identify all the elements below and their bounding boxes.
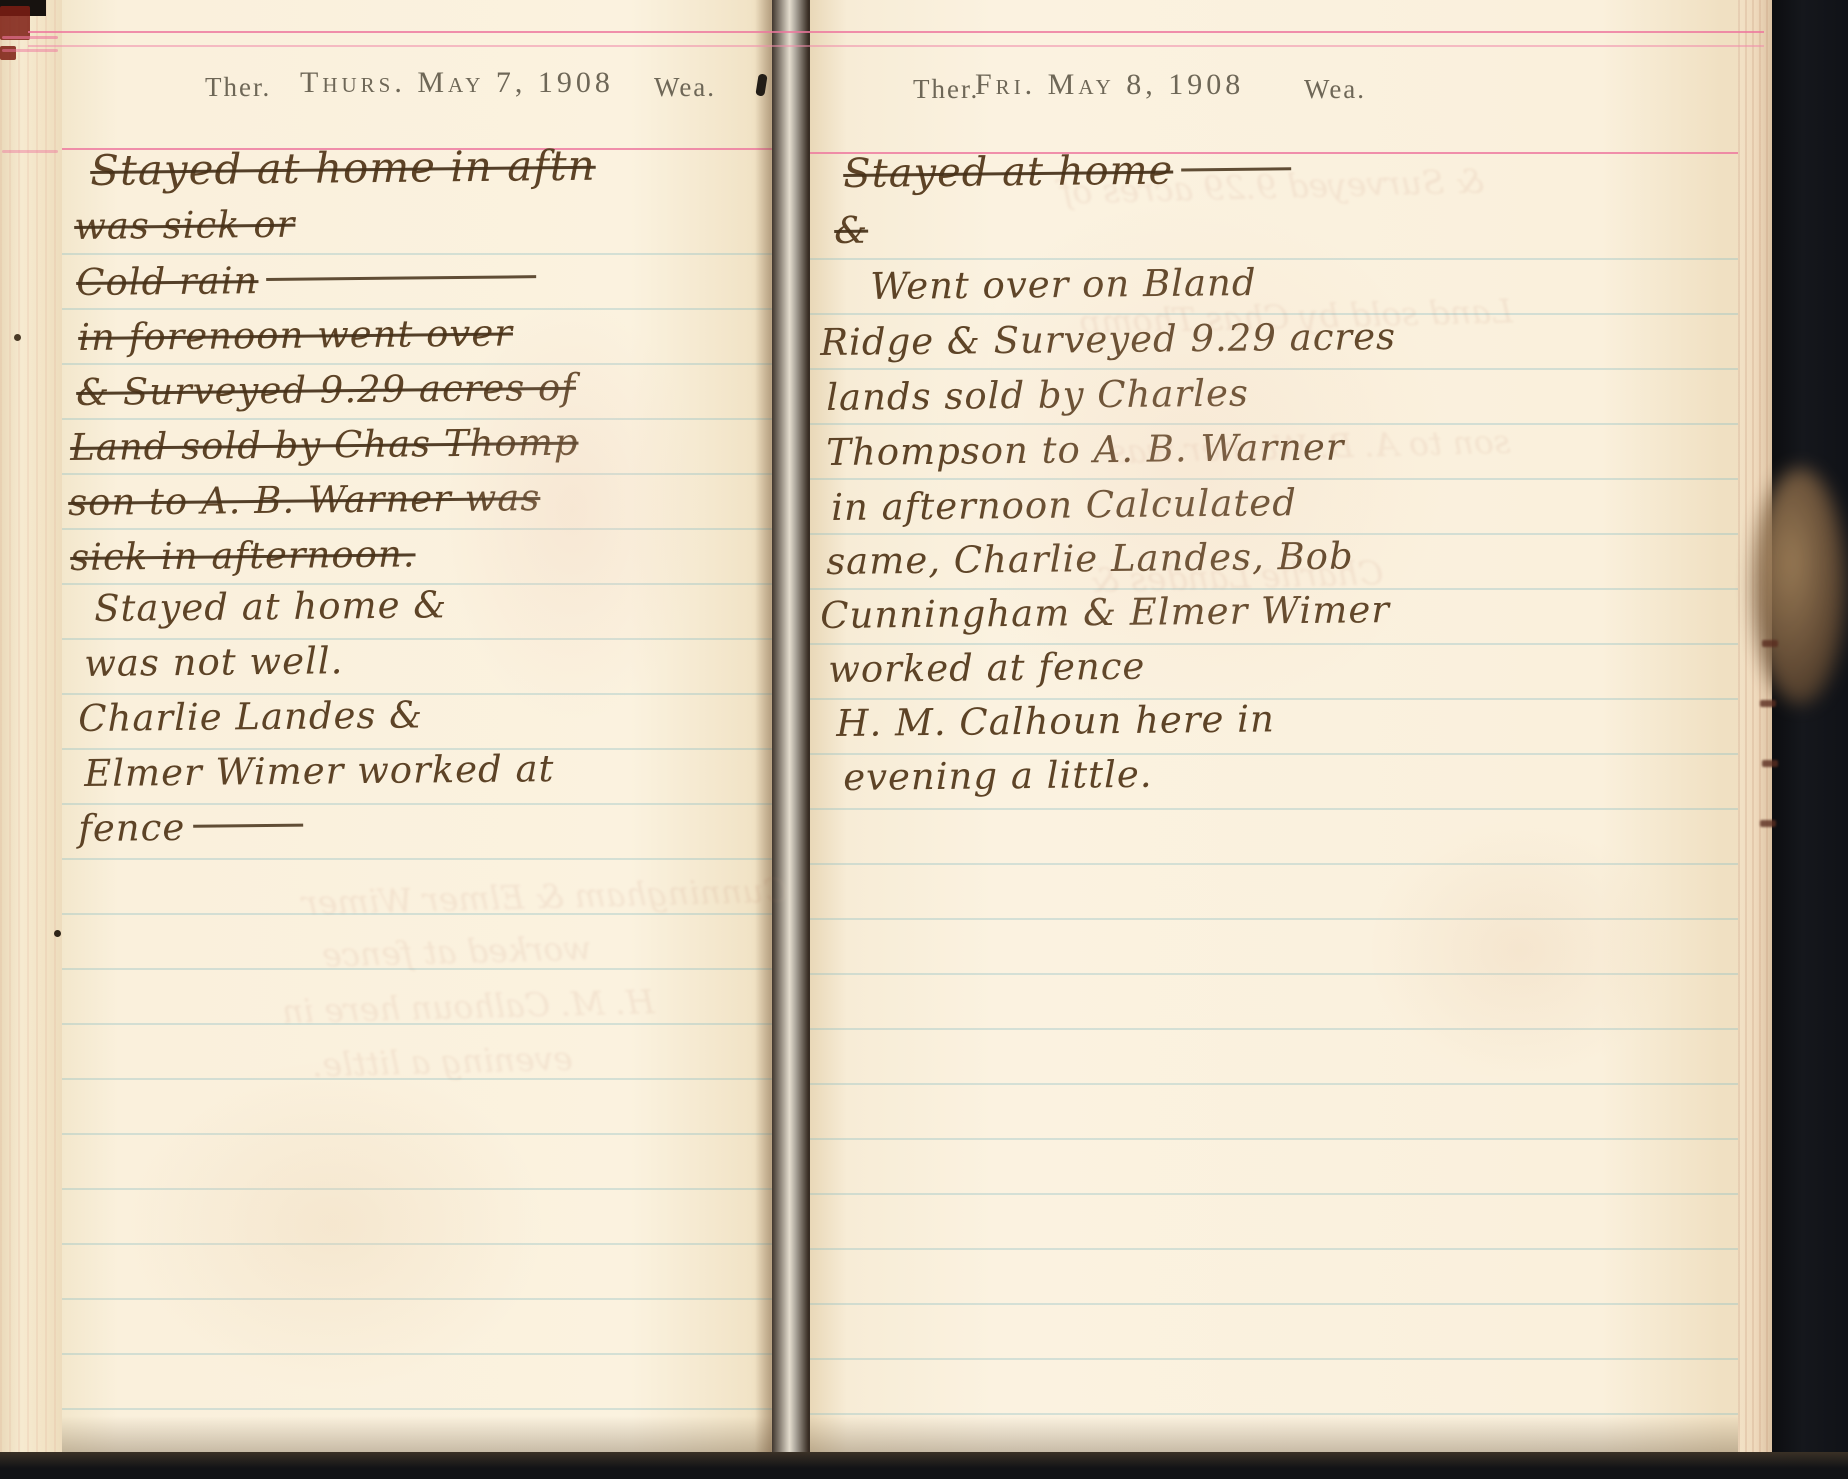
bottom-edge-shadow [0, 1452, 1848, 1479]
wea-label: Wea. [654, 72, 716, 103]
left-page-stack-edge [0, 0, 62, 1462]
bleed-through-text: Charlie Landes & [1090, 556, 1384, 597]
entry-line: sick in afternoon. [70, 535, 416, 576]
entry-line: lands sold by Charles [826, 375, 1249, 416]
ther-label: Ther. [913, 74, 979, 105]
entry-line: & Surveyed 9.29 acres of [76, 369, 576, 411]
stack-pink-mark [2, 36, 58, 39]
diary-scan-photo: Ther. Thurs. May 7, 1908 Wea. Stayed at … [0, 0, 1848, 1479]
bleed-through-text: evening a little. [312, 1042, 574, 1082]
stack-pink-mark [2, 49, 58, 52]
entry-line: Stayed at home in aftn [90, 145, 596, 192]
bleed-through-text: worked at fence [322, 931, 592, 971]
edge-mark [1762, 640, 1778, 647]
edge-mark [1760, 700, 1776, 707]
bleed-through-text: Land sold by Chas Thomp [1080, 294, 1514, 338]
entry-line: worked at fence [828, 648, 1145, 688]
ther-label: Ther. [205, 72, 271, 103]
entry-line: Cold rain [76, 259, 537, 301]
top-rule [28, 45, 1764, 47]
page-bottom-shadow [62, 1416, 772, 1456]
entry-line: Charlie Landes & [78, 696, 423, 737]
wea-label: Wea. [1304, 74, 1366, 105]
edge-mark [1762, 760, 1778, 767]
stack-pink-mark [2, 150, 58, 153]
corner-red-mark [0, 6, 30, 40]
edge-mark [1760, 820, 1776, 827]
entry-line: fence [78, 808, 303, 847]
bleed-through-text: & Surveyed 9.29 acres of [1060, 164, 1485, 208]
entry-line: in forenoon went over [78, 314, 513, 356]
bleed-through-text: H. M. Calhoun here in [282, 985, 655, 1028]
entry-line: & [834, 212, 868, 249]
entry-line: son to A. B. Warner was [68, 479, 541, 521]
bleed-through-text: son to A. B. Warner was [1110, 425, 1511, 468]
entry-line: in afternoon Calculated [831, 484, 1297, 526]
page-bottom-shadow [810, 1416, 1740, 1456]
blurred-thumb-blob [1754, 468, 1846, 704]
entry-line: Land sold by Chas Thomp [70, 424, 579, 466]
ink-spot [54, 930, 61, 937]
diary-page-right: Ther. Fri. May 8, 1908 Wea. Stayed at ho… [810, 0, 1740, 1456]
top-rule [28, 31, 1764, 33]
stack-dark-spot [14, 334, 21, 341]
entry-line: H. M. Calhoun here in [836, 700, 1275, 742]
entry-line: Stayed at home & [94, 586, 447, 627]
entry-line: was sick or [74, 206, 296, 245]
page-date: Fri. May 8, 1908 [975, 68, 1244, 102]
entry-line: Elmer Wimer worked at [84, 750, 555, 792]
right-page-stack-edge [1738, 0, 1774, 1466]
page-date: Thurs. May 7, 1908 [300, 66, 614, 100]
entry-line: evening a little. [843, 756, 1153, 796]
diary-page-left: Ther. Thurs. May 7, 1908 Wea. Stayed at … [62, 0, 772, 1456]
background-dark-strip [1772, 0, 1848, 1479]
entry-line: was not well. [84, 642, 344, 682]
